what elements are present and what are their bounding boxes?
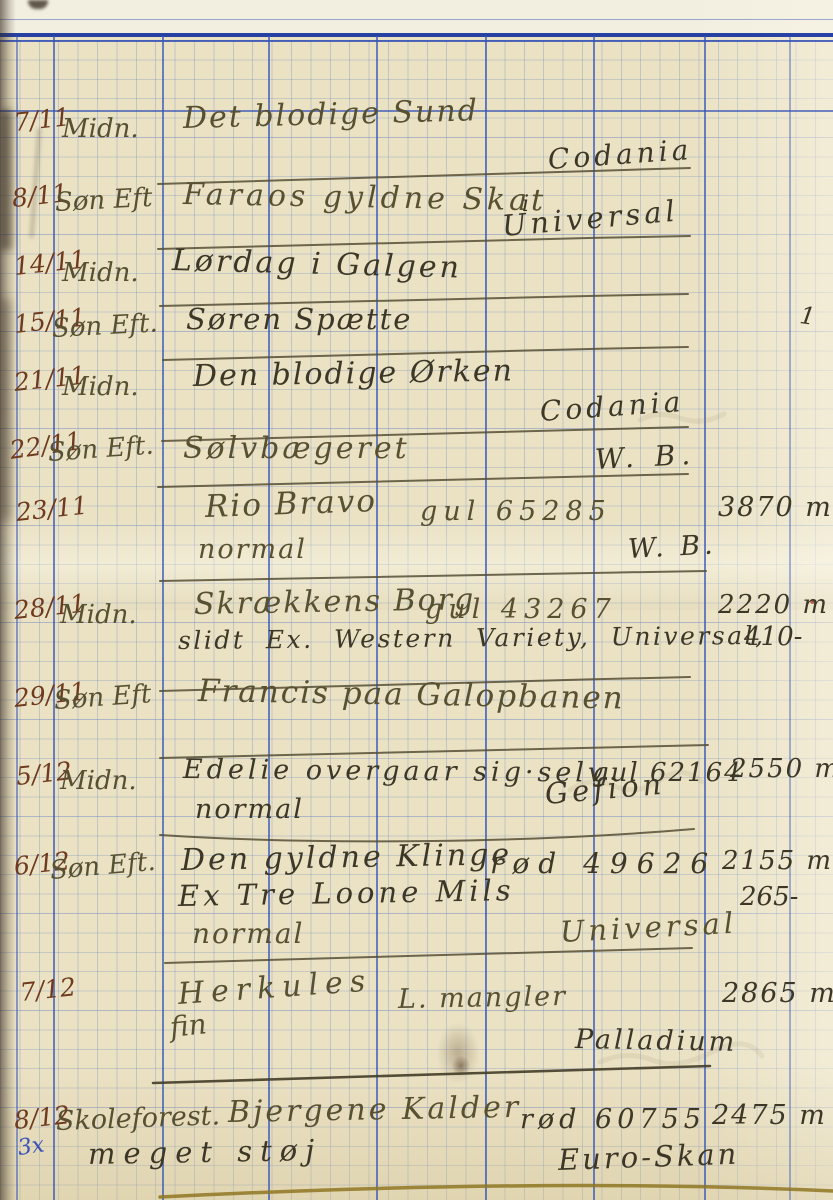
entry-distributor: Palladium xyxy=(575,1026,738,1056)
ink-stain xyxy=(452,1056,470,1076)
entry-title: Søren Spætte xyxy=(186,305,412,334)
entry-session: Skoleforest. xyxy=(56,1102,221,1135)
binding-shadow-blob xyxy=(0,300,10,520)
printed-column-rule xyxy=(162,36,164,1200)
printed-head-rule-thin xyxy=(0,40,833,42)
entry-note: L. mangler xyxy=(398,983,567,1013)
entry-session: Midn. xyxy=(60,602,137,628)
entry-condition: normal xyxy=(198,536,307,563)
entry-length: 2550 m xyxy=(730,756,833,782)
entry-date: 23/11 xyxy=(15,493,89,525)
binding-shadow-blob xyxy=(0,110,12,250)
entry-length: 3870 m xyxy=(718,494,833,521)
entry-date: 7/12 xyxy=(19,974,77,1005)
entry-session: Midn. xyxy=(62,260,139,286)
entry-distributor: W. B. xyxy=(627,531,717,563)
entry-title: Den gyldne Klinge xyxy=(181,840,513,876)
entry-title: Den blodige Ørken xyxy=(193,356,514,392)
entry-film-stock: rød 60755 xyxy=(520,1106,706,1133)
paper-top-band xyxy=(0,0,833,34)
entry-condition: normal xyxy=(192,920,304,948)
entry-annotation-blue: 3x xyxy=(16,1134,45,1159)
entry-title: Francis paa Galopbanen xyxy=(198,676,625,714)
printed-head-rule-thick xyxy=(0,33,833,37)
paper-tear-mark xyxy=(28,0,48,9)
entry-title: Det blodige Sund xyxy=(183,96,480,134)
entry-distributor: Euro-Skan xyxy=(557,1140,739,1175)
entry-title: Lørdag i Galgen xyxy=(172,246,463,284)
entry-note: meget støj xyxy=(88,1136,323,1169)
entry-title2: Ex Tre Loone Mils xyxy=(178,876,515,911)
entry-film-stock: gul 43267 xyxy=(425,596,617,623)
entry-length: 2220 m xyxy=(718,592,829,618)
entry-price: 265- xyxy=(740,884,798,910)
entry-note: slidt Ex. Western Variety, Universal, xyxy=(178,623,766,653)
entry-title: Bjergene Kalder xyxy=(228,1093,522,1128)
entry-session: Søn Eft xyxy=(53,681,152,714)
ledger-page: 7/11 Midn. Det blodige Sund Codania 8/11… xyxy=(0,0,833,1200)
entry-session: Søn Eft. xyxy=(47,433,154,466)
entry-session: Søn Eft xyxy=(54,185,153,216)
entry-session: Midn. xyxy=(62,116,139,142)
entry-film-stock: rød 49626 xyxy=(490,850,717,878)
entry-title: Faraos gyldne Skat xyxy=(183,180,548,216)
entry-length: 2865 m xyxy=(722,980,833,1007)
entry-condition: fin xyxy=(169,1010,208,1042)
entry-condition: normal xyxy=(195,796,304,823)
entry-film-stock: gul 65285 xyxy=(420,498,612,525)
entry-price: 410- xyxy=(744,624,802,650)
entry-title: Sølvbægeret xyxy=(183,434,410,464)
entry-session: Midn. xyxy=(60,768,137,794)
entry-title: Rio Bravo xyxy=(204,486,377,523)
entry-session: Midn. xyxy=(62,374,139,400)
printed-rule-faint xyxy=(0,19,833,20)
entry-length: 2475 m xyxy=(712,1102,827,1129)
entry-length: 2155 m xyxy=(722,848,833,874)
entry-distributor: W. B. xyxy=(594,441,696,474)
entry-session: Søn Eft. xyxy=(51,310,158,342)
